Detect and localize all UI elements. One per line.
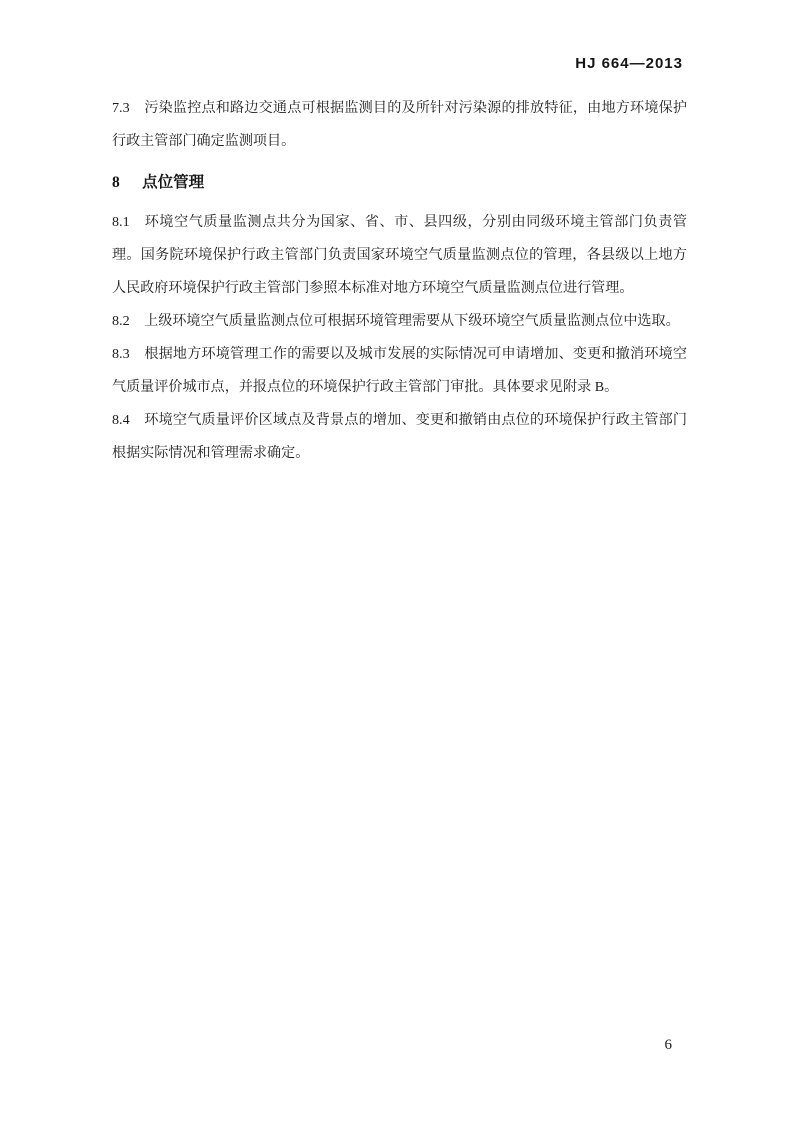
standard-code: HJ 664—2013 — [575, 55, 683, 72]
clause-7-3-text: 污染监控点和路边交通点可根据监测目的及所针对污染源的排放特征，由地方环境保护行政… — [112, 100, 687, 149]
document-body: 7.3 污染监控点和路边交通点可根据监测目的及所针对污染源的排放特征，由地方环境… — [112, 92, 687, 470]
clause-8-3: 8.3 根据地方环境管理工作的需要以及城市发展的实际情况可申请增加、变更和撤消环… — [112, 338, 687, 404]
clause-8-4: 8.4 环境空气质量评价区域点及背景点的增加、变更和撤销由点位的环境保护行政主管… — [112, 404, 687, 470]
clause-8-2: 8.2 上级环境空气质量监测点位可根据环境管理需要从下级环境空气质量监测点位中选… — [112, 305, 687, 338]
page-number: 6 — [665, 1037, 673, 1053]
clause-8-2-text: 上级环境空气质量监测点位可根据环境管理需要从下级环境空气质量监测点位中选取。 — [144, 313, 680, 329]
section-8-title: 点位管理 — [142, 174, 204, 191]
document-page: HJ 664—2013 7.3 污染监控点和路边交通点可根据监测目的及所针对污染… — [0, 0, 793, 1122]
page-header: HJ 664—2013 — [113, 55, 683, 72]
clause-8-1-number: 8.1 — [112, 214, 130, 230]
clause-8-3-number: 8.3 — [112, 346, 130, 362]
clause-7-3: 7.3 污染监控点和路边交通点可根据监测目的及所针对污染源的排放特征，由地方环境… — [112, 92, 687, 158]
clause-8-3-text: 根据地方环境管理工作的需要以及城市发展的实际情况可申请增加、变更和撤消环境空气质… — [112, 346, 687, 395]
clause-8-1-text: 环境空气质量监测点共分为国家、省、市、县四级，分别由同级环境主管部门负责管理。国… — [112, 214, 687, 296]
section-8-heading: 8 点位管理 — [112, 166, 687, 199]
clause-7-3-number: 7.3 — [112, 100, 130, 116]
clause-8-4-text: 环境空气质量评价区域点及背景点的增加、变更和撤销由点位的环境保护行政主管部门根据… — [112, 412, 687, 461]
section-8-number: 8 — [112, 174, 120, 191]
clause-8-4-number: 8.4 — [112, 412, 130, 428]
clause-8-1: 8.1 环境空气质量监测点共分为国家、省、市、县四级，分别由同级环境主管部门负责… — [112, 206, 687, 305]
clause-8-2-number: 8.2 — [112, 313, 130, 329]
page-footer: 6 — [0, 1037, 672, 1054]
